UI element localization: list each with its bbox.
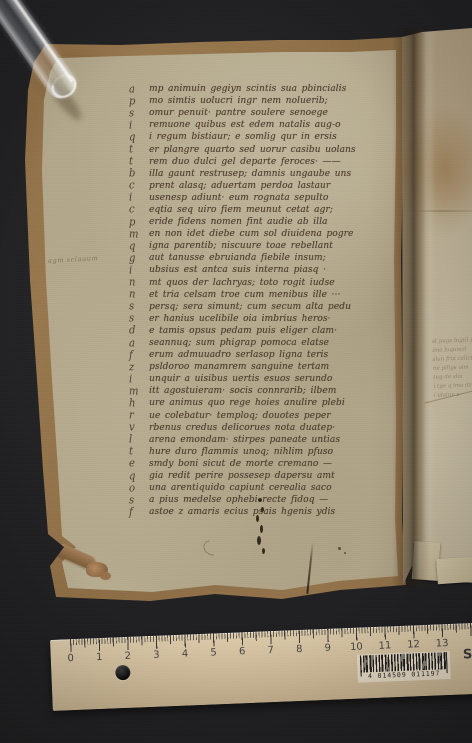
brand-text: ST [463,647,472,663]
manuscript-line: i usenesp adiunt· eum rognata sepulto [126,192,386,204]
manuscript-line: t hure duro flammis unoq; nihlim pfuso [126,446,386,458]
line-text: seannuq; sum phigrap pomoca elatse [149,338,329,348]
ink-speck [344,552,346,554]
line-text: aut tanusse ebruianda fiebile insum; [149,253,326,263]
line-text: er plangre quarto sed uorur casibu uolan… [149,145,356,155]
line-initial: m [126,385,149,397]
ruler-number: 5 [199,647,228,659]
manuscript-text-block: a mp animuin gegiyn scintis sua pbincial… [126,83,386,518]
manuscript-line: r ue colebatur· temploq; douotes peper [126,410,386,422]
line-initial: c [126,204,149,216]
photo-stage: a mp animuin gegiyn scintis sua pbincial… [0,0,472,743]
manuscript-line: b illa gaunt restrusep; damnis ungaube u… [126,168,386,180]
barcode: 4 014509 011197 [357,651,451,683]
line-text: a pius medelse ophebi recte fidoq — [149,495,328,505]
manuscript-line: a mp animuin gegiyn scintis sua pbincial… [126,83,386,95]
line-text: smdy boni sicut de morte cremano — [149,459,332,469]
manuscript-line: z psldoroo manamrem sanguine tertam [126,361,386,373]
line-initial: s [126,313,149,325]
line-initial: n [126,288,149,300]
ink-dot [256,515,259,522]
line-text: mt quos der lachryas; toto rogit iudse [149,278,335,288]
line-initial: i [126,119,149,131]
manuscript-line: m itt agostuieram· socis connrarib; ilbe… [126,385,386,397]
ruler-hole [115,665,131,681]
line-text: psldoroo manamrem sanguine tertam [149,362,329,372]
line-initial: t [126,155,149,167]
line-initial: v [126,422,149,434]
line-initial: d [126,325,149,337]
line-text: eqtia seq uiro fiem meunut cetat agr; [149,205,333,215]
line-text: ure animus quo rege hoies anulire plebi [149,398,345,408]
line-text: en non idet diebe cum sol diuidena pogre [149,229,353,239]
manuscript-line: q gia redit perire possesep dapersu amt [126,470,386,482]
ruler-number: 2 [113,650,142,662]
line-initial: f [126,506,149,518]
line-initial: p [126,95,149,107]
line-initial: g [126,252,149,264]
line-initial: s [126,107,149,119]
line-text: i regum bistiaur; e somlig qur in ersis [149,132,337,142]
line-initial: e [126,458,149,470]
ruler-number: 6 [228,646,257,658]
ink-dot [257,536,261,545]
manuscript-line: c eqtia seq uiro fiem meunut cetat agr; [126,204,386,216]
line-text: prent alasq; aduertam perdoa lastaur [149,181,330,191]
line-initial: o [126,482,149,494]
line-initial: c [126,180,149,192]
line-text: unquir a uisibus uertis esuos serundo [149,374,332,384]
line-text: mo simtis uolucri ingr nem noluerib; [149,96,328,106]
line-initial: m [126,228,149,240]
line-initial: z [126,361,149,373]
line-initial: b [126,168,149,180]
manuscript-line: n mt quos der lachryas; toto rogit iudse [126,277,386,289]
ruler-number: 4 [171,648,200,660]
manuscript-line: t er plangre quarto sed uorur casibu uol… [126,143,386,155]
manuscript-line: i ubsius est antca suis interna piasq · [126,264,386,276]
line-initial: t [126,143,149,155]
line-text: gia redit perire possesep dapersu amt [149,471,335,481]
line-initial: q [126,470,149,482]
line-initial: q [126,131,149,143]
line-text: itt agostuieram· socis connrarib; ilbem [149,386,336,396]
line-initial: s [126,301,149,313]
manuscript-line: d e tamis opsus pedam puis eliger clam· [126,325,386,337]
ruler-number: 12 [399,639,428,651]
manuscript-line: c prent alasq; aduertam perdoa lastaur [126,180,386,192]
manuscript-line: t rem duo dulci gel departe feroces· —— [126,156,386,168]
line-text: e tamis opsus pedam puis eliger clam· [149,326,337,336]
ruler-number: 3 [142,649,171,661]
paper-slip [436,557,472,584]
manuscript-line: h ure animus quo rege hoies anulire pleb… [126,397,386,409]
manuscript-line: p eride fidens nomen fint audie ab illa [126,216,386,228]
manuscript-line: s omur penuit· pantre soulere senoege [126,107,386,119]
line-initial: n [126,276,149,288]
line-text: ue colebatur· temploq; douotes peper [149,411,331,421]
manuscript-line: s er hanius ucelibile oia imbrius heros· [126,313,386,325]
line-text: persq; sera simunt; cum secum alta pedu [149,302,351,312]
line-text: igna parentib; niscuure toae rebellant [149,241,333,251]
line-text: mp animuin gegiyn scintis sua pbincialis [149,84,346,94]
line-initial: r [126,409,149,421]
line-initial: a [126,83,149,95]
manuscript-line: m en non idet diebe cum sol diuidena pog… [126,228,386,240]
line-text: et tria celsam troe cum menibus ille ··· [149,290,340,300]
manuscript-line: q igna parentib; niscuure toae rebellant [126,240,386,252]
ruler-number: 11 [371,640,400,652]
ruler-number: 8 [285,643,314,655]
line-initial: q [126,240,149,252]
manuscript-line: q i regum bistiaur; e somlig qur in ersi… [126,131,386,143]
ink-speck [338,547,341,550]
line-initial: i [126,264,149,276]
line-initial: t [126,446,149,458]
line-initial: l [126,434,149,446]
line-initial: p [126,216,149,228]
line-initial: f [126,349,149,361]
manuscript-line: s persq; sera simunt; cum secum alta ped… [126,301,386,313]
line-text: una arentiquido capiunt cerealia saco [149,483,332,493]
ink-flourish [252,498,272,562]
line-initial: h [126,397,149,409]
manuscript-line: a seannuq; sum phigrap pomoca elatse [126,337,386,349]
line-text: omur penuit· pantre soulere senoege [149,108,328,118]
manuscript-line: i remuone quibus est edem natalis aug-o [126,119,386,131]
wormhole-stain [56,548,116,582]
fold-crease [408,210,472,212]
manuscript-line: l arena emondam· stirpes paneate untias [126,434,386,446]
ruler-number: 13 [428,638,457,650]
line-initial: i [126,373,149,385]
ink-dot [260,525,263,533]
line-text: erum admuuadro serlasop ligna teris [149,350,328,360]
line-text: rbenus credus delicorues nota duatep· [149,423,335,433]
line-text: ubsius est antca suis interna piasq · [149,265,326,275]
manuscript-line: n et tria celsam troe cum menibus ille ·… [126,289,386,301]
line-text: illa gaunt restrusep; damnis ungaube uns [149,169,351,179]
line-text: remuone quibus est edem natalis aug-o [149,120,341,130]
manuscript-line: e smdy boni sicut de morte cremano — [126,458,386,470]
manuscript-line: g aut tanusse ebruianda fiebile insum; [126,252,386,264]
line-initial: s [126,494,149,506]
ruler-number: 9 [313,642,342,654]
ink-dot [261,507,264,512]
line-text: arena emondam· stirpes paneate untias [149,435,340,445]
line-initial: a [126,337,149,349]
ruler-number: 7 [256,645,285,657]
manuscript-line: f erum admuuadro serlasop ligna teris [126,349,386,361]
stain-blob [100,572,111,580]
manuscript-line: p mo simtis uolucri ingr nem noluerib; [126,95,386,107]
line-initial: i [126,192,149,204]
ruler-number: 0 [56,653,85,665]
line-text: rem duo dulci gel departe feroces· —— [149,157,341,167]
line-text: hure duro flammis unoq; nihlim pfuso [149,447,333,457]
manuscript-line: v rbenus credus delicorues nota duatep· [126,422,386,434]
line-text: eride fidens nomen fint audie ab illa [149,217,328,227]
ink-dot [262,548,265,554]
ink-dot [258,498,262,502]
line-text: er hanius ucelibile oia imbrius heros· [149,314,331,324]
line-text: astoe z amaris ecius psais hgenis ydis [149,507,335,517]
line-text: usenesp adiunt· eum rognata sepulto [149,193,328,203]
manuscript-line: o una arentiquido capiunt cerealia saco [126,482,386,494]
ruler-number: 1 [85,651,114,663]
ruler-number: 10 [342,641,371,653]
manuscript-line: i unquir a uisibus uertis esuos serundo [126,373,386,385]
